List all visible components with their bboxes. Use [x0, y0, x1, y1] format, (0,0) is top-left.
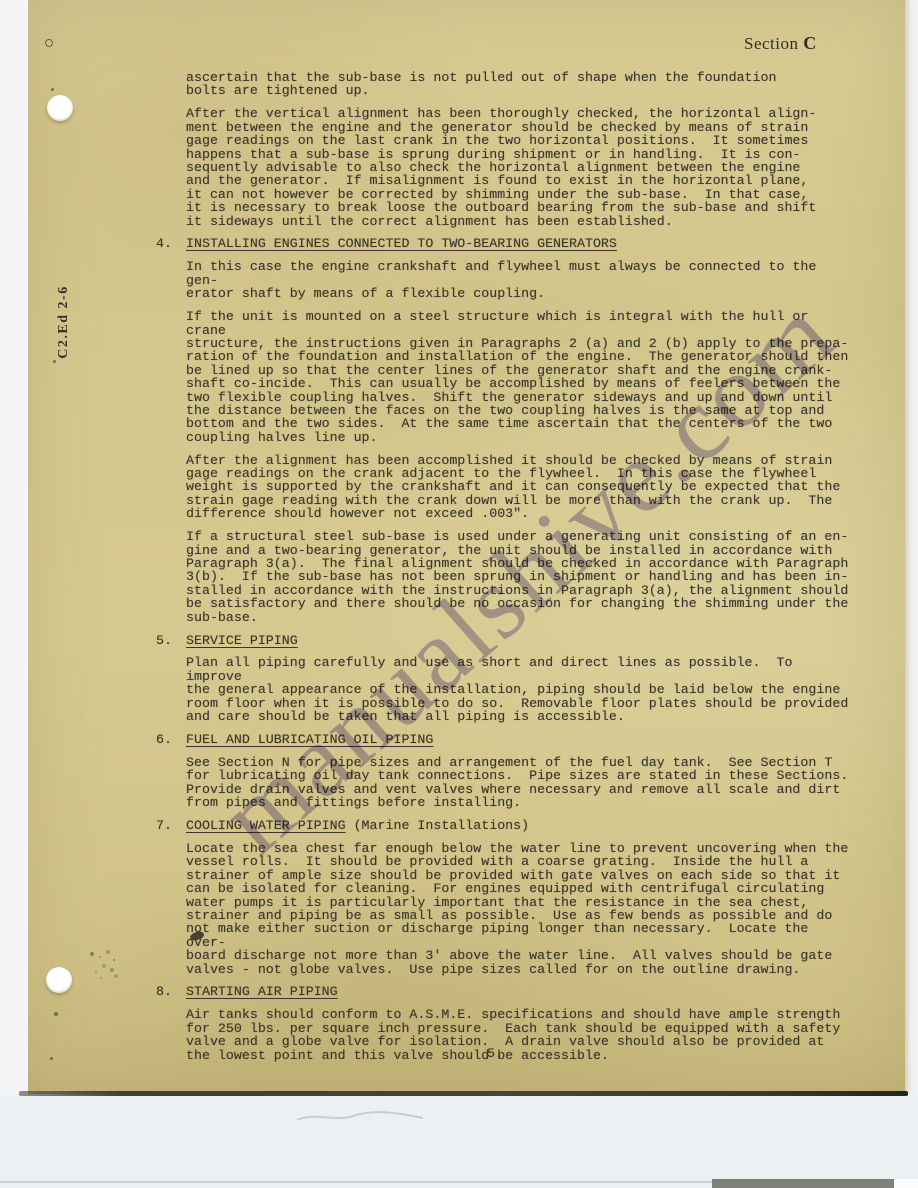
paragraph: Plan all piping carefully and use as sho… [186, 656, 850, 723]
scanned-document-page: Section C C2.Ed 2-6 ascertain that the s… [0, 0, 918, 1188]
paper-speck [54, 1012, 58, 1016]
scanner-background-right [905, 0, 918, 1094]
section-installing-engines: 4.INSTALLING ENGINES CONNECTED TO TWO-BE… [186, 237, 850, 624]
section-title: INSTALLING ENGINES CONNECTED TO TWO-BEAR… [186, 236, 617, 251]
pencil-mark [295, 1106, 425, 1126]
paragraph: Air tanks should conform to A.S.M.E. spe… [186, 1008, 850, 1062]
scan-gray-strip [712, 1179, 894, 1188]
section-number: 8. [156, 985, 172, 998]
page-body: ascertain that the sub-base is not pulle… [186, 71, 850, 1072]
punch-hole-bottom [46, 967, 72, 993]
stain-smudge [90, 952, 94, 956]
intro-paragraph: ascertain that the sub-base is not pulle… [186, 71, 850, 98]
section-title-suffix: (Marine Installations) [346, 818, 530, 833]
section-heading: 4.INSTALLING ENGINES CONNECTED TO TWO-BE… [186, 237, 850, 250]
paragraph: After the alignment has been accomplishe… [186, 454, 850, 521]
section-heading: 6.FUEL AND LUBRICATING OIL PIPING [186, 733, 850, 746]
section-header: Section C [744, 33, 817, 54]
spine-code: C2.Ed 2-6 [56, 285, 72, 358]
section-fuel-lube-oil-piping: 6.FUEL AND LUBRICATING OIL PIPING See Se… [186, 733, 850, 810]
section-heading: 8.STARTING AIR PIPING [186, 985, 850, 998]
section-number: 4. [156, 237, 172, 250]
section-number: 7. [156, 819, 172, 832]
section-cooling-water-piping: 7.COOLING WATER PIPING (Marine Installat… [186, 819, 850, 976]
paper-speck [50, 1057, 53, 1060]
punch-hole-top [47, 95, 73, 121]
section-number: 5. [156, 634, 172, 647]
paragraph: If a structural steel sub-base is used u… [186, 530, 850, 624]
intro-paragraph: After the vertical alignment has been th… [186, 107, 850, 228]
section-title: FUEL AND LUBRICATING OIL PIPING [186, 732, 433, 747]
scanner-background-bottom [0, 1096, 918, 1188]
section-title: STARTING AIR PIPING [186, 984, 338, 999]
section-title: SERVICE PIPING [186, 633, 298, 648]
section-heading: 7.COOLING WATER PIPING (Marine Installat… [186, 819, 850, 832]
section-number: 6. [156, 733, 172, 746]
section-header-letter: C [803, 33, 817, 53]
section-service-piping: 5.SERVICE PIPING Plan all piping careful… [186, 634, 850, 724]
paragraph: In this case the engine crankshaft and f… [186, 260, 850, 300]
paper-speck [53, 360, 56, 363]
page-number: 5. [487, 1046, 503, 1061]
paragraph: See Section N for pipe sizes and arrange… [186, 756, 850, 810]
paper-speck [51, 88, 54, 91]
section-starting-air-piping: 8.STARTING AIR PIPING Air tanks should c… [186, 985, 850, 1062]
section-title: COOLING WATER PIPING [186, 818, 346, 833]
section-heading: 5.SERVICE PIPING [186, 634, 850, 647]
paragraph: If the unit is mounted on a steel struct… [186, 310, 850, 444]
scan-white-corner [894, 1179, 918, 1188]
paper-speck [45, 39, 53, 47]
paragraph: Locate the sea chest far enough below th… [186, 842, 850, 976]
section-header-word: Section [744, 34, 803, 53]
